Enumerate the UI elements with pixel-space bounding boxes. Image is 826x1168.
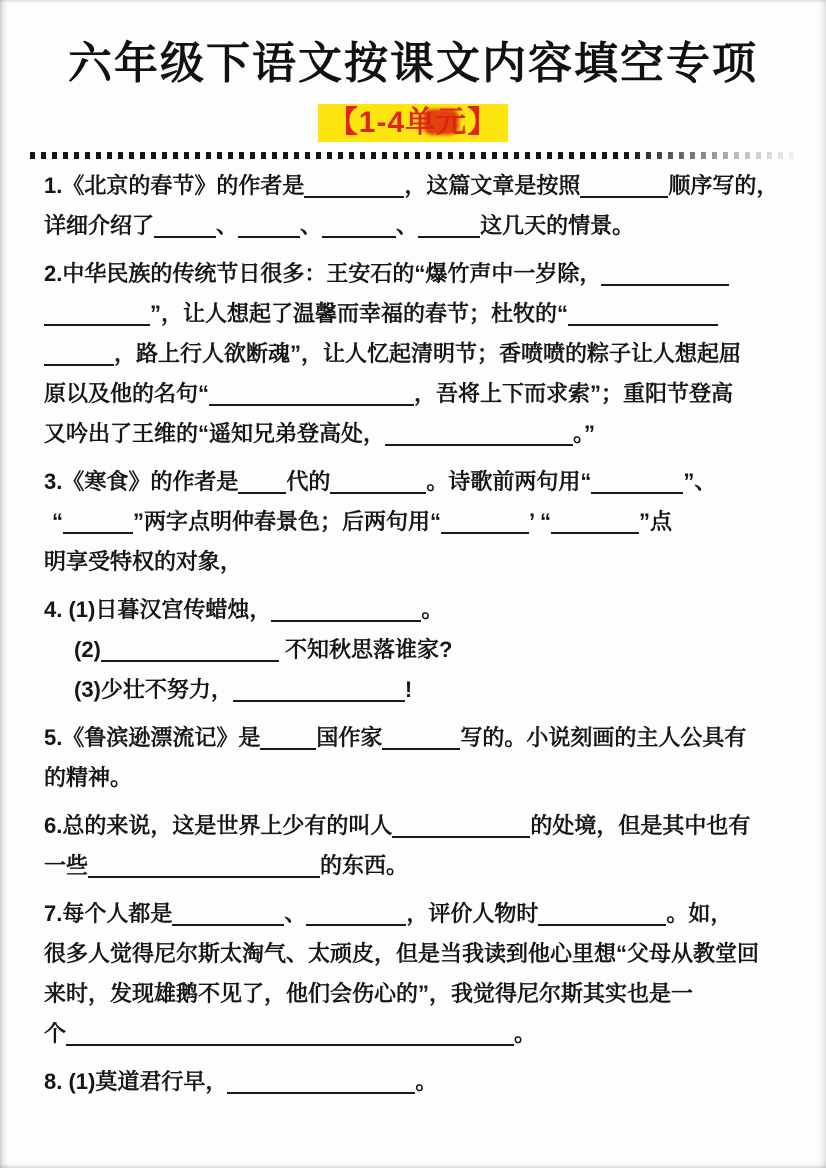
text-run: 。 [514,1021,536,1046]
text-run: 明享受特权的对象， [44,549,242,574]
worksheet-line: 来时，发现雄鹅不见了，他们会伤心的”，我觉得尼尔斯其实也是一 [44,974,792,1014]
text-run: 2.中华民族的传统节日很多：王安石的“爆竹声中一岁除， [44,261,601,286]
text-run: ”点 [639,509,672,534]
worksheet-line: ”，让人想起了温馨而幸福的春节；杜牧的“ [44,294,792,334]
worksheet-line: 的精神。 [44,758,792,798]
text-run: ，路上行人欲断魂”，让人忆起清明节；香喷喷的粽子让人想起屈 [114,341,741,366]
blank-line [233,678,405,702]
text-run: 一些 [44,853,88,878]
worksheet-line: 详细介绍了、、、这几天的情景。 [44,206,792,246]
text-run: (2) [74,637,101,662]
text-run: 。” [573,421,595,446]
blank-line [154,214,216,238]
blank-line [44,302,150,326]
text-run: ，吾将上下而求索”；重阳节登高 [414,381,733,406]
blank-line [88,854,320,878]
blank-line [385,422,573,446]
unit-range-badge: 【1-4单元】 [318,104,508,142]
worksheet-line: “”两字点明仲春景色；后两句用“’ “”点 [44,502,792,542]
text-run: ! [405,677,412,702]
worksheet-page: 六年级下语文按课文内容填空专项 【1-4单元】 1.《北京的春节》的作者是，这篇… [0,0,826,1168]
blank-line [551,510,639,534]
worksheet-line: 明享受特权的对象， [44,542,792,582]
text-run: ”、 [683,469,716,494]
blank-line [392,814,530,838]
blank-line [44,342,114,366]
text-run: 、 [300,213,322,238]
blank-line [418,214,480,238]
text-run: ’ “ [529,509,551,534]
blank-line [227,1070,415,1094]
text-run: 6.总的来说，这是世界上少有的叫人 [44,813,392,838]
worksheet-line: 4. (1)日暮汉宫传蜡烛，。 [44,590,792,630]
text-run: 的东西。 [320,853,408,878]
worksheet-line: (2) 不知秋思落谁家? [44,630,792,670]
text-run: 这几天的情景。 [480,213,634,238]
worksheet-line: 一些的东西。 [44,846,792,886]
text-run: 7.每个人都是 [44,901,172,926]
blank-line [66,1022,514,1046]
worksheet-line: 2.中华民族的传统节日很多：王安石的“爆竹声中一岁除， [44,254,792,294]
text-run: 顺序写的， [668,173,778,198]
text-run: 详细介绍了 [44,213,154,238]
text-run: 。 [415,1069,437,1094]
blank-line [601,262,729,286]
text-run: 的精神。 [44,765,132,790]
blank-line [591,470,683,494]
text-run: 不知秋思落谁家? [279,637,453,662]
text-run: 。 [421,597,443,622]
blank-line [101,638,279,662]
blank-line [172,902,284,926]
blank-line [580,174,668,198]
text-run: 的处境，但是其中也有 [530,813,750,838]
worksheet-line: 很多人觉得尼尔斯太淘气、太顽皮，但是当我读到他心里想“父母从教堂回 [44,934,792,974]
blank-line [209,382,414,406]
text-run: ”，让人想起了温馨而幸福的春节；杜牧的“ [150,301,568,326]
blank-line [306,902,406,926]
text-run: 原以及他的名句“ [44,381,209,406]
text-run: 3.《寒食》的作者是 [44,469,238,494]
worksheet-line: 1.《北京的春节》的作者是，这篇文章是按照顺序写的， [44,166,792,206]
text-run: ”两字点明仲春景色；后两句用“ [133,509,441,534]
text-run: 写的。小说刻画的主人公具有 [460,725,746,750]
text-run: 。如， [666,901,732,926]
blank-line [238,214,300,238]
text-run: 5.《鲁滨逊漂流记》是 [44,725,260,750]
text-run: 。诗歌前两句用“ [426,469,591,494]
worksheet-line: 5.《鲁滨逊漂流记》是国作家写的。小说刻画的主人公具有 [44,718,792,758]
blank-line [304,174,404,198]
text-run: 代的 [286,469,330,494]
worksheet-line: 又吟出了王维的“遥知兄弟登高处，。” [44,414,792,454]
text-run: 个 [44,1021,66,1046]
text-run: 、 [396,213,418,238]
text-run: 8. (1)莫道君行早， [44,1069,227,1094]
text-run: 又吟出了王维的“遥知兄弟登高处， [44,421,385,446]
worksheet-line: 原以及他的名句“，吾将上下而求索”；重阳节登高 [44,374,792,414]
blank-line [238,470,286,494]
blank-line [382,726,460,750]
text-run: “ [52,509,63,534]
blank-line [63,510,133,534]
blank-line [538,902,666,926]
blank-line [260,726,316,750]
dotted-separator [30,152,796,159]
blank-line [271,598,421,622]
worksheet-line: 8. (1)莫道君行早，。 [44,1062,792,1102]
worksheet-body: 1.《北京的春节》的作者是，这篇文章是按照顺序写的，详细介绍了、、、这几天的情景… [0,166,826,1102]
text-run: ，评价人物时 [406,901,538,926]
worksheet-line: 6.总的来说，这是世界上少有的叫人的处境，但是其中也有 [44,806,792,846]
blank-line [322,214,396,238]
blank-line [568,302,718,326]
unit-range-row: 【1-4单元】 [0,104,826,144]
worksheet-line: 3.《寒食》的作者是代的。诗歌前两句用“”、 [44,462,792,502]
worksheet-line: ，路上行人欲断魂”，让人忆起清明节；香喷喷的粽子让人想起屈 [44,334,792,374]
text-run: 、 [216,213,238,238]
text-run: 1.《北京的春节》的作者是 [44,173,304,198]
text-run: (3)少壮不努力， [74,677,233,702]
text-run: 很多人觉得尼尔斯太淘气、太顽皮，但是当我读到他心里想“父母从教堂回 [44,941,759,966]
worksheet-line: 个。 [44,1014,792,1054]
text-run: 国作家 [316,725,382,750]
text-run: 、 [284,901,306,926]
blank-line [330,470,426,494]
text-run: 来时，发现雄鹅不见了，他们会伤心的”，我觉得尼尔斯其实也是一 [44,981,693,1006]
text-run: ，这篇文章是按照 [404,173,580,198]
worksheet-line: 7.每个人都是、，评价人物时。如， [44,894,792,934]
page-title: 六年级下语文按课文内容填空专项 [0,0,826,92]
blank-line [441,510,529,534]
text-run: 4. (1)日暮汉宫传蜡烛， [44,597,271,622]
worksheet-line: (3)少壮不努力，! [44,670,792,710]
